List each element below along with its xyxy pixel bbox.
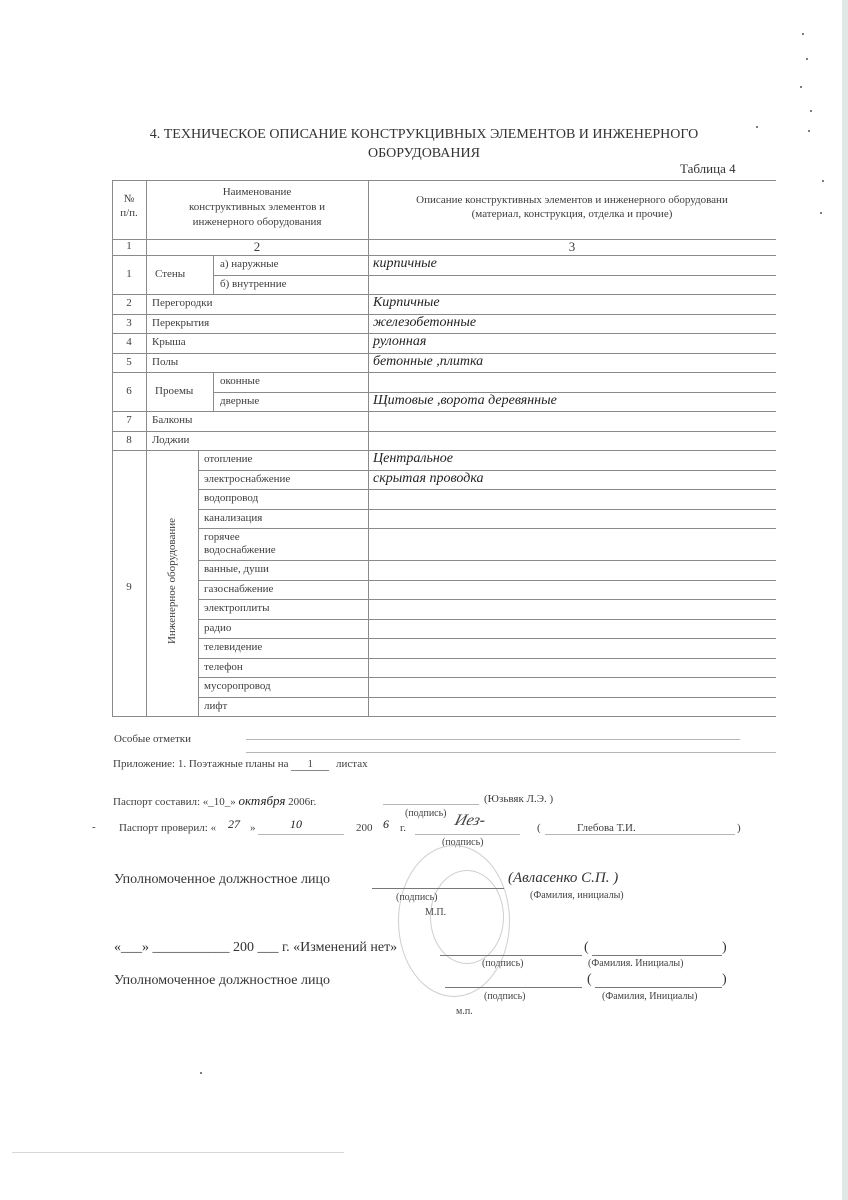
header-name: конструктивных элементов и	[146, 201, 368, 213]
row-number: 1	[112, 268, 146, 280]
num-col-border	[146, 180, 147, 716]
table-row-border	[112, 431, 776, 432]
column-number: 3	[368, 239, 776, 255]
engineering-row-number: 9	[112, 581, 146, 593]
compiled-month[interactable]: октября	[239, 793, 286, 808]
no-changes-close-paren: )	[722, 940, 727, 956]
scan-speck	[810, 110, 812, 112]
column-number: 2	[146, 239, 368, 255]
row-number: 7	[112, 414, 146, 426]
table-row-border	[112, 333, 776, 334]
checked-year-suffix: г.	[400, 822, 406, 834]
engineering-row-border	[198, 677, 776, 678]
row-value[interactable]: кирпичные	[373, 256, 437, 272]
authorized1-sign-caption: (подпись)	[396, 892, 438, 903]
row-sub-label: оконные	[220, 375, 260, 387]
no-changes-name-line[interactable]	[592, 955, 722, 956]
authorized2-sign-caption: (подпись)	[484, 991, 526, 1002]
table-top-border	[112, 180, 776, 181]
engineering-item-value[interactable]: скрытая проводка	[373, 471, 484, 487]
row-number: 5	[112, 356, 146, 368]
row-sub-label: б) внутренние	[220, 278, 286, 290]
engineering-row-border	[198, 489, 776, 490]
table-row-border	[112, 294, 776, 295]
no-changes-name-caption: (Фамилия. Инициалы)	[588, 958, 683, 969]
authorized2-close-paren: )	[722, 972, 727, 988]
sub-row-border	[213, 275, 776, 276]
authorized2-name-line[interactable]	[595, 987, 722, 988]
engineering-item-label: телевидение	[204, 641, 262, 653]
engineering-item-label: электроснабжение	[204, 473, 290, 485]
authorized2-label: Уполномоченное должностное лицо	[114, 973, 330, 989]
compiled-name[interactable]: (Юзьвяк Л.Э. )	[484, 793, 553, 805]
scan-edge	[842, 0, 848, 1200]
engineering-row-border	[198, 658, 776, 659]
checked-day[interactable]: 27	[228, 817, 240, 832]
row-sub-label: дверные	[220, 395, 259, 407]
column-number: 1	[112, 240, 146, 252]
header-description: (материал, конструкция, отделка и прочие…	[368, 208, 776, 220]
appendix-count[interactable]: 1	[291, 758, 329, 771]
compiled-signature-line[interactable]	[383, 804, 479, 805]
engineering-row-border	[198, 560, 776, 561]
engineering-item-label: газоснабжение	[204, 583, 273, 595]
table-bottom-border	[112, 716, 368, 717]
scan-speck	[200, 1072, 202, 1074]
header-num: №	[112, 193, 146, 205]
checked-month-line	[258, 834, 344, 835]
checked-signature-line[interactable]	[415, 834, 520, 835]
engineering-item-value[interactable]: Центральное	[373, 451, 453, 467]
engineering-row-border	[198, 509, 776, 510]
engineering-row-border	[198, 619, 776, 620]
special-marks-line-2[interactable]	[246, 752, 776, 753]
engineering-item-label: отопление	[204, 453, 252, 465]
scan-speck	[820, 212, 822, 214]
table-label: Таблица 4	[680, 161, 736, 177]
no-changes-open-paren: (	[584, 940, 589, 956]
row-value[interactable]: железобетонные	[373, 315, 476, 331]
row-value[interactable]: бетонные ,плитка	[373, 354, 483, 370]
table-row-border	[112, 372, 776, 373]
engineering-group-label: Инженерное оборудование	[166, 481, 178, 681]
row-number: 8	[112, 434, 146, 446]
row-value[interactable]: Кирпичные	[373, 295, 440, 311]
authorized2-name-caption: (Фамилия, Инициалы)	[602, 991, 697, 1002]
description-col-border	[368, 180, 369, 716]
engineering-item-label: электроплиты	[204, 602, 270, 614]
checked-prefix: Паспорт проверил: «	[119, 822, 216, 834]
scan-speck	[822, 180, 824, 182]
special-marks-line-1[interactable]	[246, 739, 740, 740]
checked-month[interactable]: 10	[290, 817, 302, 832]
row-name: Перекрытия	[152, 317, 209, 329]
engineering-item-label: лифт	[204, 700, 227, 712]
scan-speck	[806, 58, 808, 60]
no-changes-date[interactable]: «___» ___________ 200 ___ г. «Изменений …	[114, 940, 397, 956]
appendix-prefix: Приложение: 1. Поэтажные планы на	[113, 758, 289, 770]
special-marks-label: Особые отметки	[114, 733, 191, 745]
authorized2-signature-line[interactable]	[445, 987, 582, 988]
engineering-row-border	[198, 470, 776, 471]
bullet-mark: -	[92, 821, 96, 833]
row-name: Полы	[152, 356, 178, 368]
row-name: Балконы	[152, 414, 192, 426]
header-description: Описание конструктивных элементов и инже…	[368, 194, 776, 206]
checked-signature: Иез-	[453, 812, 488, 830]
row-value[interactable]: Щитовые ,ворота деревянные	[373, 393, 557, 409]
engineering-row-border	[198, 528, 776, 529]
authorized2-open-paren: (	[587, 972, 592, 988]
compiled-day[interactable]: _10_	[208, 796, 230, 808]
column-number-row-border	[112, 255, 776, 256]
row-name: Лоджии	[152, 434, 189, 446]
engineering-item-label: радио	[204, 622, 231, 634]
row-name: Перегородки	[152, 297, 212, 309]
engineering-item-label: канализация	[204, 512, 262, 524]
row-name: Крыша	[152, 336, 186, 348]
engineering-row-border	[198, 697, 776, 698]
header-name: инженерного оборудования	[146, 216, 368, 228]
checked-day-close: »	[250, 822, 256, 834]
scan-speck	[800, 86, 802, 88]
scan-speck	[808, 130, 810, 132]
no-changes-sign-caption: (подпись)	[482, 958, 524, 969]
checked-year-prefix: 200	[356, 822, 373, 834]
table-left-border	[112, 180, 113, 716]
authorized1-name[interactable]: (Авласенко С.П. )	[508, 870, 618, 887]
compiled-year[interactable]: 2006г.	[288, 796, 316, 808]
checked-name[interactable]: Глебова Т.И.	[577, 822, 636, 834]
appendix-suffix: листах	[336, 758, 368, 770]
row-sub-label: а) наружные	[220, 258, 279, 270]
scan-speck	[802, 33, 804, 35]
engineering-row-border	[198, 638, 776, 639]
authorized1-signature-line[interactable]	[372, 888, 504, 889]
table-bottom-border	[368, 716, 776, 717]
row-name: Стены	[155, 268, 185, 280]
engineering-item-label: ванные, души	[204, 563, 269, 575]
row-value[interactable]: рулонная	[373, 334, 426, 350]
checked-year-digit[interactable]: 6	[383, 817, 389, 832]
engineering-item-label: мусоропровод	[204, 680, 271, 692]
engineering-item-label: телефон	[204, 661, 243, 673]
authorized2-seal: м.п.	[456, 1006, 473, 1017]
section-title: 4. ТЕХНИЧЕСКОЕ ОПИСАНИЕ КОНСТРУКЦИВНЫХ Э…	[0, 127, 848, 143]
appendix-text: Приложение: 1. Поэтажные планы на 1 лист…	[113, 758, 368, 771]
authorized1-seal: М.П.	[425, 907, 446, 918]
section-title-cont: ОБОРУДОВАНИЯ	[0, 146, 848, 162]
checked-close-paren: )	[737, 822, 741, 834]
checked-name-line	[545, 834, 735, 835]
row-number: 3	[112, 317, 146, 329]
checked-open-paren: (	[537, 822, 541, 834]
no-changes-signature-line[interactable]	[440, 955, 582, 956]
authorized1-name-caption: (Фамилия, инициалы)	[530, 890, 624, 901]
header-num: п/п.	[112, 207, 146, 219]
row-number: 2	[112, 297, 146, 309]
engineering-row-border	[198, 580, 776, 581]
compiled-day-close: »	[230, 796, 236, 808]
engineering-group-col-border	[198, 450, 199, 716]
authorized1-label: Уполномоченное должностное лицо	[114, 872, 330, 888]
scan-speck	[756, 126, 758, 128]
compiled-line: Паспорт составил: «_10_» октября 2006г.	[113, 793, 316, 809]
engineering-item-label: горячее	[204, 531, 240, 543]
compiled-prefix: Паспорт составил: «	[113, 796, 208, 808]
bottom-scan-line	[12, 1152, 344, 1153]
engineering-item-label: водоснабжение	[204, 544, 276, 556]
row-number: 6	[112, 385, 146, 397]
header-name: Наименование	[146, 186, 368, 198]
row-number: 4	[112, 336, 146, 348]
table-row-border	[112, 411, 776, 412]
compiled-sign-caption: (подпись)	[405, 808, 447, 819]
row-name: Проемы	[155, 385, 193, 397]
engineering-row-border	[198, 599, 776, 600]
engineering-item-label: водопровод	[204, 492, 258, 504]
